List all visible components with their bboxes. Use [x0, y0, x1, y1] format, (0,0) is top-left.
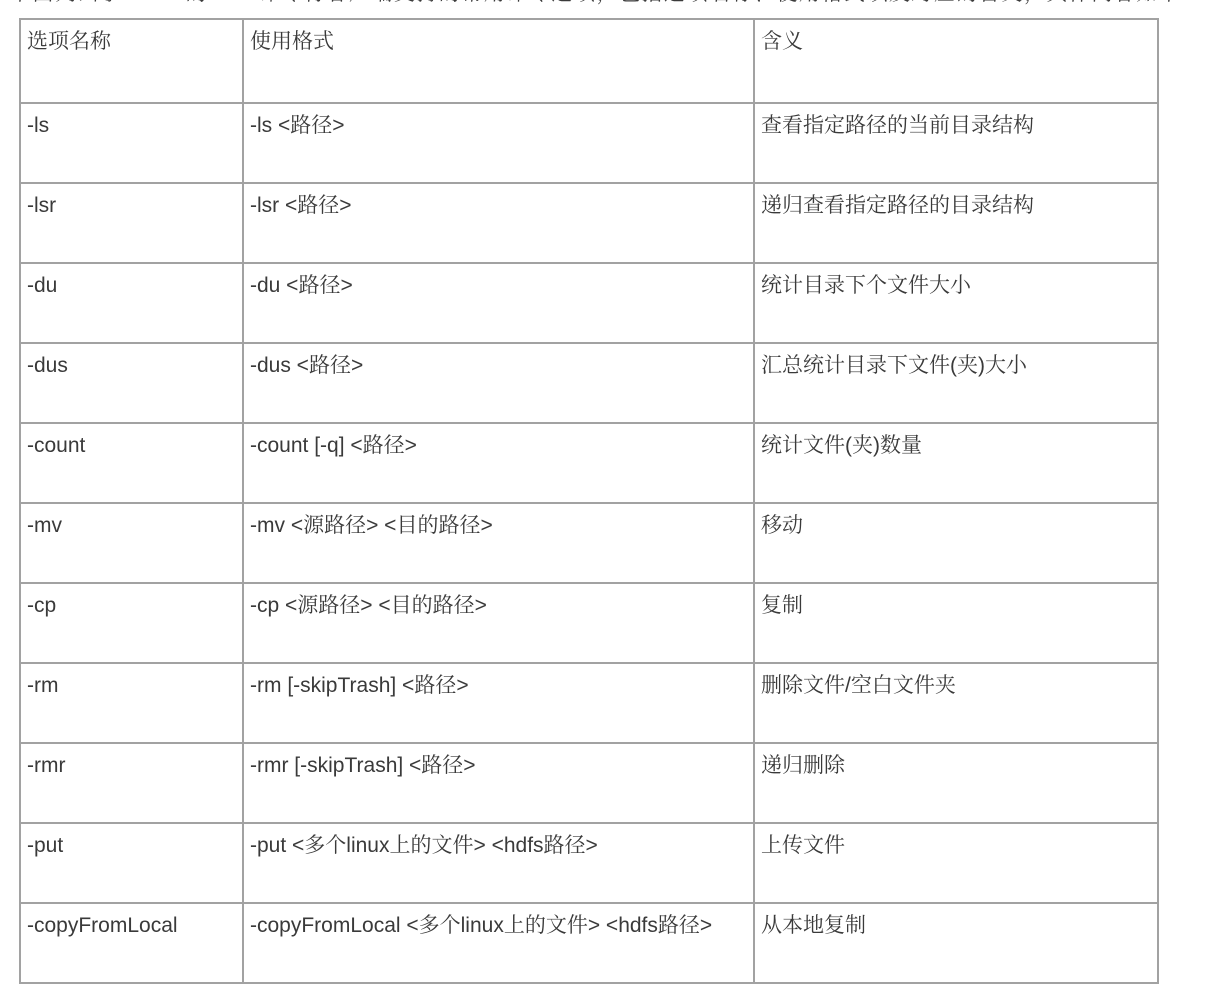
cell-usage-format: -du <路径>: [243, 263, 754, 343]
cell-usage-format: -dus <路径>: [243, 343, 754, 423]
cell-usage-format: -copyFromLocal <多个linux上的文件> <hdfs路径>: [243, 903, 754, 983]
column-header-option-name: 选项名称: [20, 19, 243, 103]
clipped-text-line: 下面列出了HDFS的shell命令行客户端支持的常用命令选项，包括选项名称、使用…: [10, 0, 1185, 9]
clipped-text-content: 下面列出了HDFS的shell命令行客户端支持的常用命令选项，包括选项名称、使用…: [10, 0, 1185, 7]
column-header-usage-format: 使用格式: [243, 19, 754, 103]
cell-usage-format: -count [-q] <路径>: [243, 423, 754, 503]
cell-meaning: 上传文件: [754, 823, 1158, 903]
cell-meaning: 查看指定路径的当前目录结构: [754, 103, 1158, 183]
table-row: -rm-rm [-skipTrash] <路径>删除文件/空白文件夹: [20, 663, 1158, 743]
hdfs-shell-options-table: 选项名称 使用格式 含义 -ls-ls <路径>查看指定路径的当前目录结构-ls…: [19, 18, 1159, 984]
table-row: -ls-ls <路径>查看指定路径的当前目录结构: [20, 103, 1158, 183]
table-header-row: 选项名称 使用格式 含义: [20, 19, 1158, 103]
cell-meaning: 递归删除: [754, 743, 1158, 823]
cell-usage-format: -rmr [-skipTrash] <路径>: [243, 743, 754, 823]
cell-meaning: 汇总统计目录下文件(夹)大小: [754, 343, 1158, 423]
cell-usage-format: -put <多个linux上的文件> <hdfs路径>: [243, 823, 754, 903]
cell-option-name: -lsr: [20, 183, 243, 263]
cell-option-name: -mv: [20, 503, 243, 583]
table-row: -lsr-lsr <路径>递归查看指定路径的目录结构: [20, 183, 1158, 263]
table-row: -du-du <路径>统计目录下个文件大小: [20, 263, 1158, 343]
cell-meaning: 统计目录下个文件大小: [754, 263, 1158, 343]
cell-usage-format: -lsr <路径>: [243, 183, 754, 263]
column-header-meaning: 含义: [754, 19, 1158, 103]
table-row: -count-count [-q] <路径>统计文件(夹)数量: [20, 423, 1158, 503]
cell-option-name: -rm: [20, 663, 243, 743]
table-row: -cp-cp <源路径> <目的路径>复制: [20, 583, 1158, 663]
table-row: -copyFromLocal-copyFromLocal <多个linux上的文…: [20, 903, 1158, 983]
table-row: -put-put <多个linux上的文件> <hdfs路径>上传文件: [20, 823, 1158, 903]
cell-option-name: -rmr: [20, 743, 243, 823]
cell-usage-format: -ls <路径>: [243, 103, 754, 183]
cell-usage-format: -cp <源路径> <目的路径>: [243, 583, 754, 663]
cell-option-name: -cp: [20, 583, 243, 663]
cell-usage-format: -rm [-skipTrash] <路径>: [243, 663, 754, 743]
cell-option-name: -du: [20, 263, 243, 343]
cell-option-name: -ls: [20, 103, 243, 183]
cell-meaning: 递归查看指定路径的目录结构: [754, 183, 1158, 263]
cell-meaning: 移动: [754, 503, 1158, 583]
cell-meaning: 从本地复制: [754, 903, 1158, 983]
cell-usage-format: -mv <源路径> <目的路径>: [243, 503, 754, 583]
table-row: -rmr-rmr [-skipTrash] <路径>递归删除: [20, 743, 1158, 823]
cell-meaning: 删除文件/空白文件夹: [754, 663, 1158, 743]
cell-option-name: -dus: [20, 343, 243, 423]
table-row: -mv-mv <源路径> <目的路径>移动: [20, 503, 1158, 583]
cell-option-name: -count: [20, 423, 243, 503]
cell-meaning: 复制: [754, 583, 1158, 663]
cell-meaning: 统计文件(夹)数量: [754, 423, 1158, 503]
cell-option-name: -put: [20, 823, 243, 903]
cell-option-name: -copyFromLocal: [20, 903, 243, 983]
table-row: -dus-dus <路径>汇总统计目录下文件(夹)大小: [20, 343, 1158, 423]
